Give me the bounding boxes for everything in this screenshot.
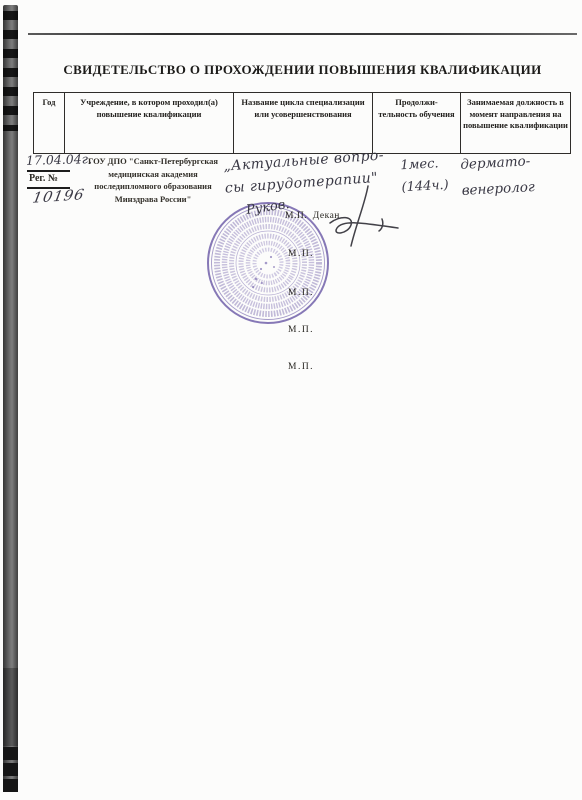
binding-block (3, 779, 18, 792)
column-header-duration: Продолжи- тельность обучения (373, 93, 461, 154)
scan-binding-strip (3, 5, 18, 791)
page-top-fold-line (28, 33, 577, 35)
handwritten-duration: 1мес. (144ч.) (400, 153, 449, 199)
institution-line: медицинская академия (72, 168, 234, 181)
table-header-row: Год Учреждение, в котором проходил(а) по… (34, 93, 571, 154)
column-header-cycle: Название цикла специализации или усоверш… (234, 93, 373, 154)
position-line-1: дермато- (460, 148, 534, 178)
binding-block (3, 763, 18, 776)
institution-text: ГОУ ДПО "Санкт-Петербургская медицинская… (72, 155, 234, 205)
registration-label: Рег. № (29, 173, 58, 184)
duration-line-1: 1мес. (400, 153, 448, 177)
position-line-2: венеролог (461, 174, 535, 204)
mp-mark: М.П. (288, 325, 314, 335)
institution-line: последипломного образования (72, 180, 234, 193)
column-header-position: Занимаемая должность в момент направлени… (461, 93, 571, 154)
institution-line: ГОУ ДПО "Санкт-Петербургская (72, 155, 234, 168)
handwritten-position: дермато- венеролог (460, 148, 536, 204)
binding-shadow (3, 668, 18, 746)
dean-signature (318, 183, 402, 255)
duration-line-2: (144ч.) (401, 175, 449, 199)
scanned-document-page: СВИДЕТЕЛЬСТВО О ПРОХОЖДЕНИИ ПОВЫШЕНИЯ КВ… (0, 0, 582, 800)
mp-mark: М.П. (288, 249, 314, 259)
column-header-year: Год (34, 93, 65, 154)
underline (27, 170, 70, 172)
mp-mark: М.П. (288, 288, 314, 298)
document-title: СВИДЕТЕЛЬСТВО О ПРОХОЖДЕНИИ ПОВЫШЕНИЯ КВ… (30, 62, 575, 78)
mp-mark: М.П. (288, 362, 314, 372)
binding-block (3, 747, 18, 760)
column-header-institution: Учреждение, в котором проходил(а) повыше… (65, 93, 234, 154)
binding-notches (3, 11, 18, 131)
qualification-table: Год Учреждение, в котором проходил(а) по… (33, 92, 571, 154)
